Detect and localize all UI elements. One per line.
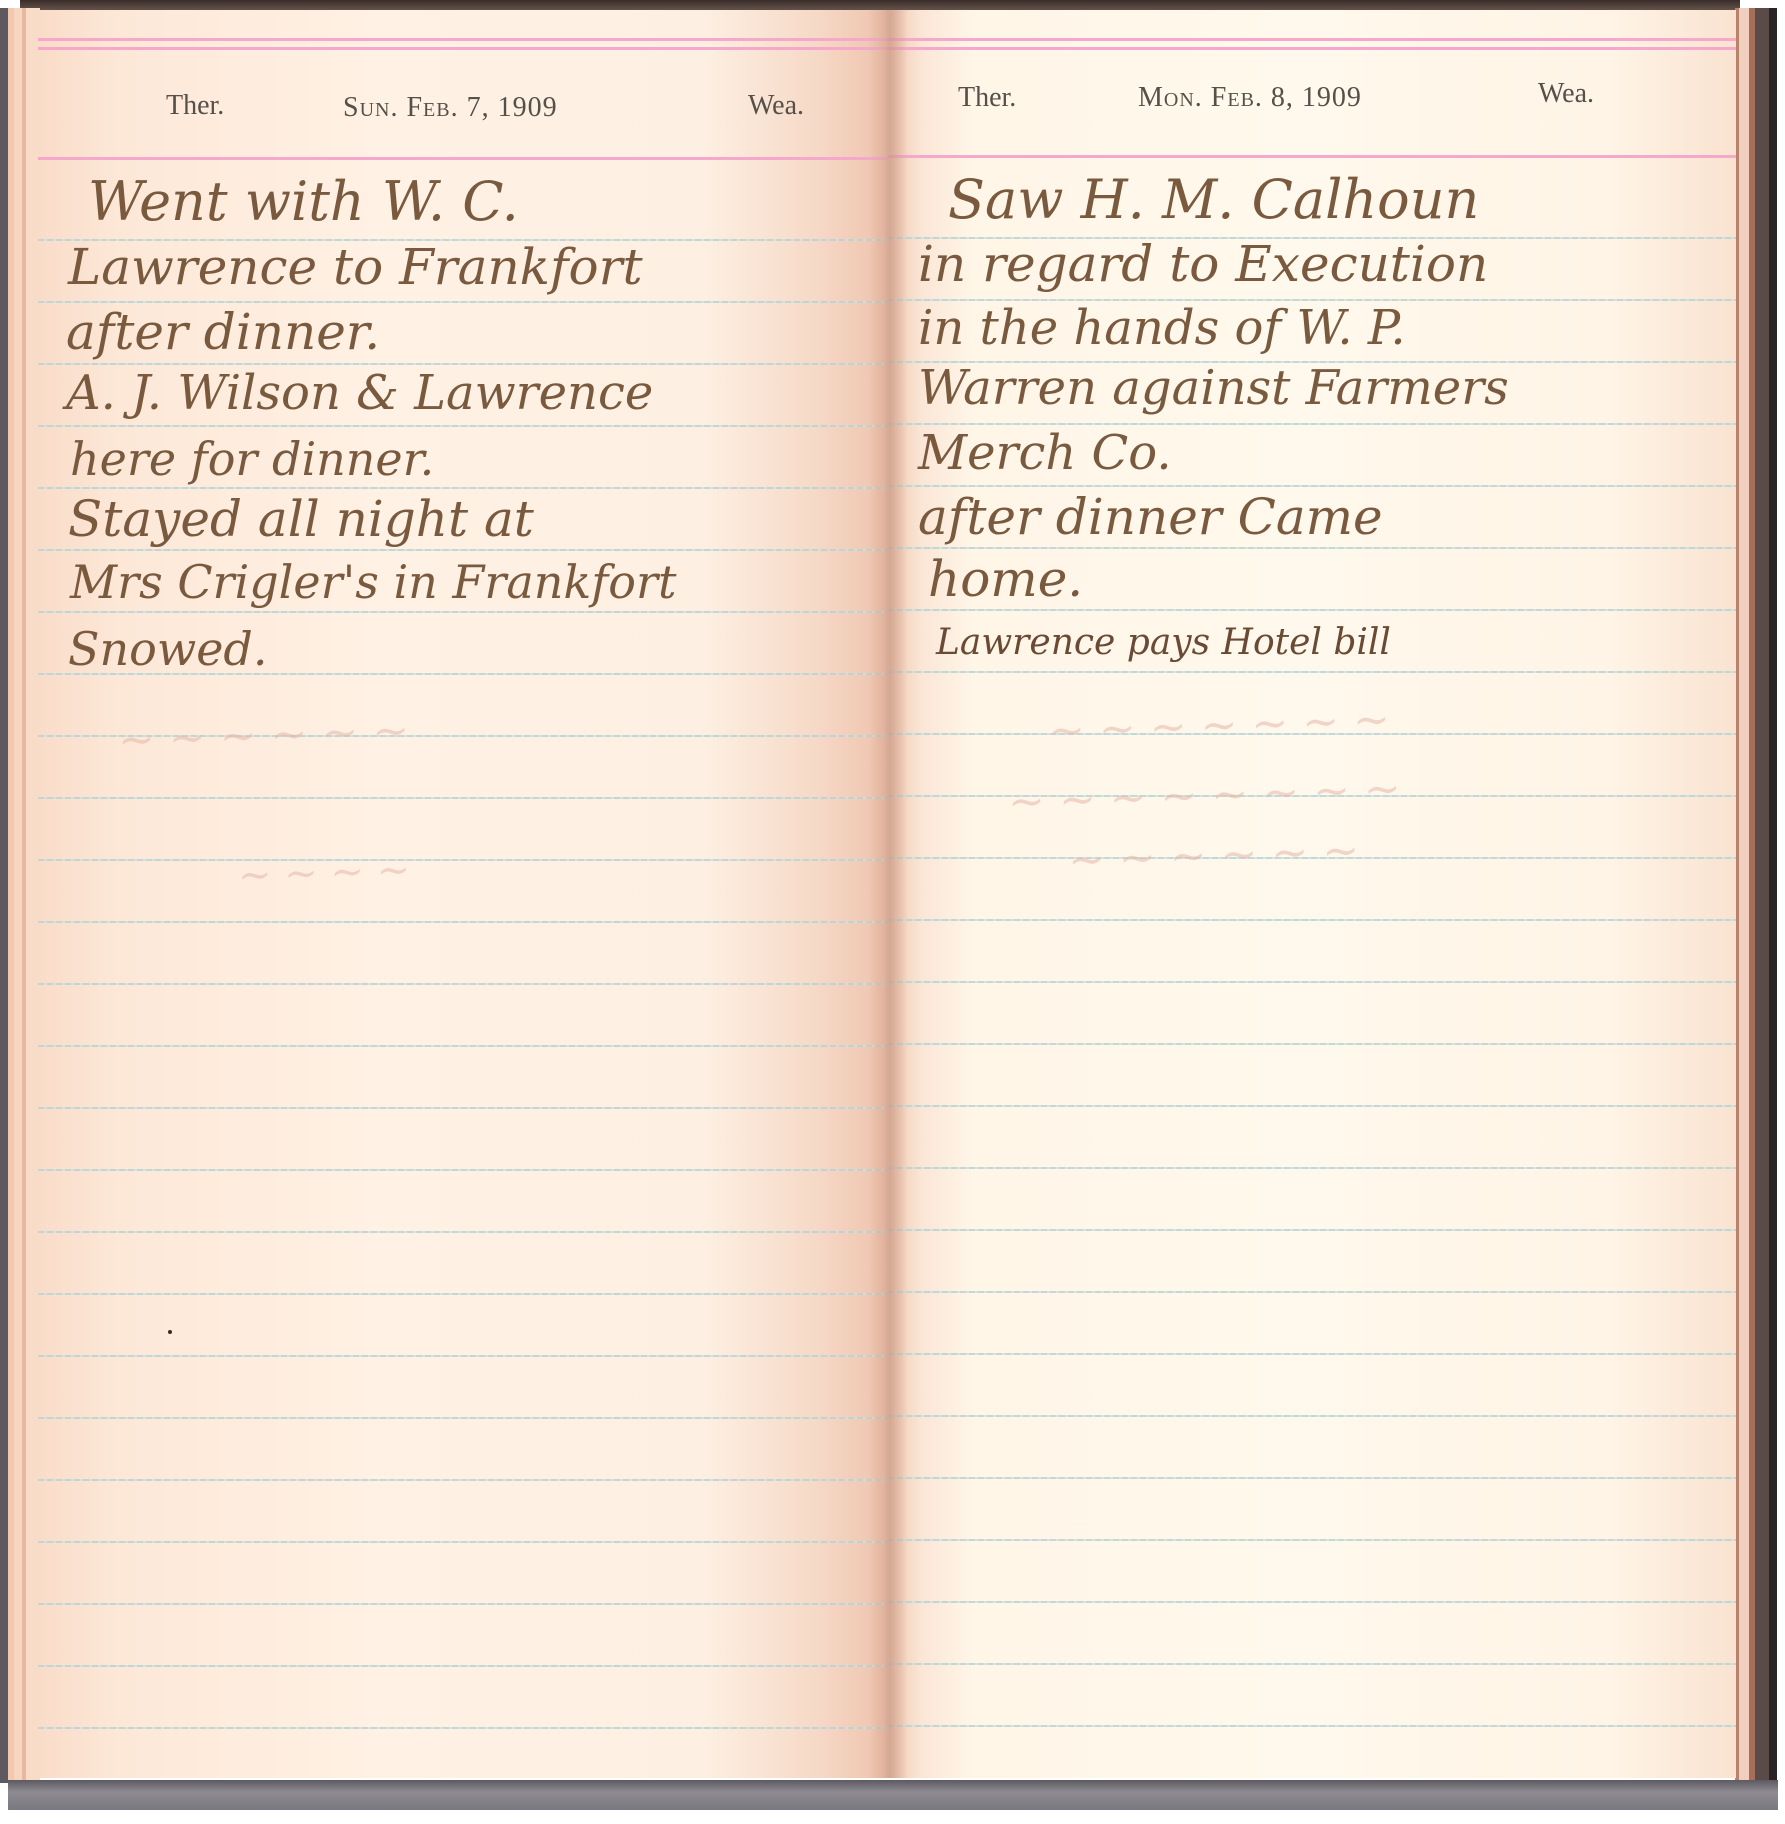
- entry-line: in the hands of W. P.: [918, 300, 1406, 356]
- ruled-line: [38, 1665, 888, 1667]
- header-pink-rule: [888, 155, 1736, 158]
- entry-line: Merch Co.: [918, 425, 1172, 481]
- ruled-line: [888, 1539, 1736, 1541]
- entry-line: Lawrence pays Hotel bill: [936, 622, 1391, 663]
- bleed-through-text: ~ ~ ~ ~: [237, 847, 411, 899]
- ruled-line: [888, 919, 1736, 921]
- entry-line: Lawrence to Frankfort: [68, 238, 643, 296]
- top-pink-rule-2: [38, 47, 888, 50]
- ruled-line: [38, 1293, 888, 1295]
- top-pink-rule-2: [888, 47, 1736, 50]
- entry-line: A. J. Wilson & Lawrence: [66, 365, 653, 421]
- ruled-line: [38, 549, 888, 551]
- entry-line: Mrs Crigler's in Frankfort: [70, 555, 676, 609]
- thermometer-label: Ther.: [166, 90, 224, 122]
- ruled-line: [888, 1353, 1736, 1355]
- ruled-line: [38, 1169, 888, 1171]
- book-bottom-edge: [8, 1780, 1778, 1810]
- ruled-line: [888, 1663, 1736, 1665]
- top-pink-rule: [38, 38, 888, 41]
- ruled-line: [888, 1043, 1736, 1045]
- entry-line: after dinner.: [66, 303, 380, 361]
- ruled-line: [38, 1727, 888, 1729]
- ruled-line: [38, 921, 888, 923]
- ruled-line: [38, 1107, 888, 1109]
- bleed-through-text: ~ ~ ~ ~ ~ ~: [1067, 825, 1360, 886]
- right-page-stack-edge: [1735, 8, 1785, 1783]
- page-date: Sun. Feb. 7, 1909: [343, 92, 558, 124]
- ruled-line: [888, 547, 1736, 549]
- entry-line: home.: [928, 550, 1083, 608]
- ink-speck: [168, 1330, 172, 1334]
- entry-line: here for dinner.: [70, 432, 434, 486]
- ruled-line: [888, 981, 1736, 983]
- ruled-line: [888, 1415, 1736, 1417]
- ruled-line: [38, 859, 888, 861]
- thermometer-label: Ther.: [958, 82, 1016, 114]
- bleed-through-text: ~ ~ ~ ~ ~ ~ ~ ~: [1007, 763, 1401, 828]
- entry-line: Warren against Farmers: [918, 360, 1509, 416]
- ruled-line: [888, 485, 1736, 487]
- top-pink-rule: [888, 38, 1736, 41]
- right-page: Ther. Mon. Feb. 8, 1909 Wea. ~ ~ ~ ~ ~ ~…: [888, 10, 1736, 1778]
- entry-line: Went with W. C.: [88, 170, 519, 233]
- ruled-line: [38, 1355, 888, 1357]
- ruled-line: [38, 611, 888, 613]
- weather-label: Wea.: [1538, 78, 1594, 110]
- ruled-line: [888, 1477, 1736, 1479]
- entry-line: after dinner Came: [918, 488, 1383, 546]
- ruled-line: [38, 983, 888, 985]
- ruled-line: [38, 1541, 888, 1543]
- ruled-line: [38, 1417, 888, 1419]
- header-pink-rule: [38, 157, 888, 160]
- entry-line: Snowed.: [68, 622, 268, 676]
- left-page: Ther. Sun. Feb. 7, 1909 Wea. ~ ~ ~ ~ ~ ~: [38, 10, 888, 1778]
- left-page-header: Ther. Sun. Feb. 7, 1909 Wea.: [38, 84, 888, 124]
- ruled-line: [38, 797, 888, 799]
- ruled-line: [888, 609, 1736, 611]
- ruled-line: [38, 1045, 888, 1047]
- ruled-line: [38, 1603, 888, 1605]
- entry-line: Saw H. M. Calhoun: [948, 168, 1479, 231]
- ruled-line: [888, 1167, 1736, 1169]
- ruled-line: [888, 1601, 1736, 1603]
- entry-line: in regard to Execution: [918, 235, 1488, 293]
- diary-spread: Ther. Sun. Feb. 7, 1909 Wea. ~ ~ ~ ~ ~ ~: [0, 0, 1785, 1824]
- weather-label: Wea.: [748, 90, 804, 122]
- entry-line: Stayed all night at: [68, 490, 534, 548]
- page-date: Mon. Feb. 8, 1909: [1138, 82, 1362, 114]
- bleed-through-text: ~ ~ ~ ~ ~ ~: [117, 705, 410, 766]
- ruled-line: [38, 1479, 888, 1481]
- ruled-line: [38, 487, 888, 489]
- ruled-line: [888, 1725, 1736, 1727]
- ruled-line: [888, 671, 1736, 673]
- left-page-stack-edge: [0, 8, 40, 1783]
- ruled-line: [38, 425, 888, 427]
- bleed-through-text: ~ ~ ~ ~ ~ ~ ~: [1047, 694, 1391, 757]
- ruled-line: [38, 1231, 888, 1233]
- ruled-line: [888, 1105, 1736, 1107]
- ruled-line: [888, 1229, 1736, 1231]
- right-page-header: Ther. Mon. Feb. 8, 1909 Wea.: [888, 84, 1736, 124]
- ruled-line: [888, 1291, 1736, 1293]
